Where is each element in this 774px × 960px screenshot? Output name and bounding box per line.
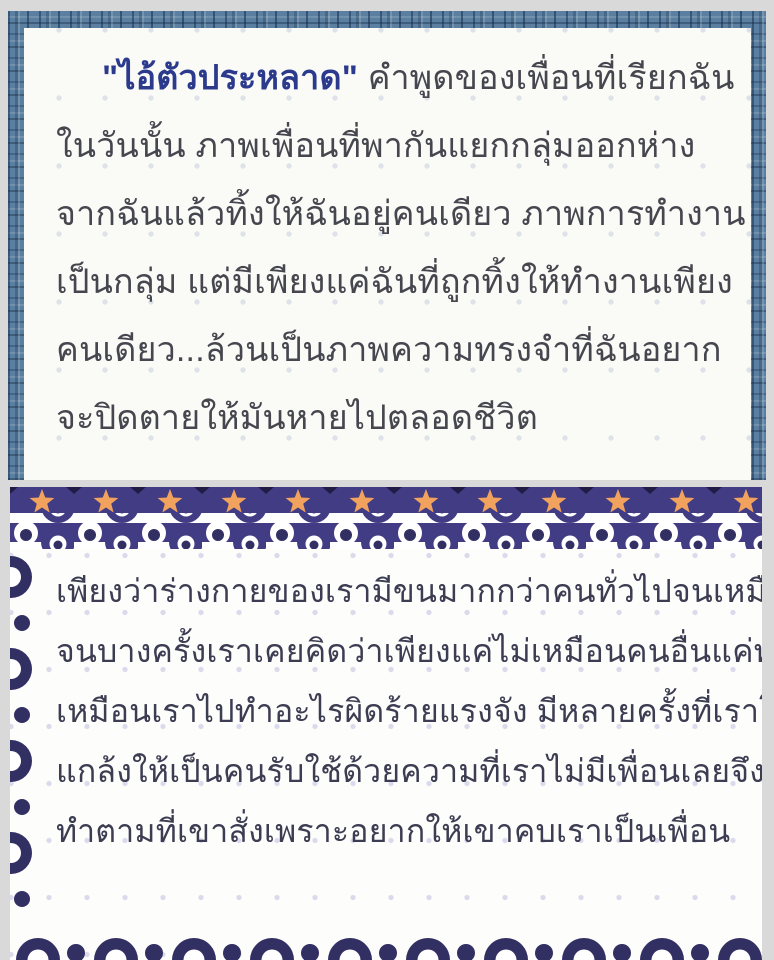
top-quote-image: "ไอ้ตัวประหลาด" คำพูดของเพื่อนที่เรียกฉั… (8, 11, 766, 480)
paragraph-line: จนบางครั้งเราเคยคิดว่าเพียงแค่ไม่เหมือนค… (56, 621, 756, 681)
top-card-paper: "ไอ้ตัวประหลาด" คำพูดของเพื่อนที่เรียกฉั… (24, 28, 751, 480)
stars-band (10, 487, 762, 513)
paragraph-line: เพียงว่าร่างกายของเรามีขนมากกว่าคนทั่วไป… (56, 561, 756, 621)
paragraph-line: จะปิดตายให้มันหายไปตลอดชีวิต (56, 384, 741, 452)
bottom-card-paper: เพียงว่าร่างกายของเรามีขนมากกว่าคนทั่วไป… (56, 561, 756, 861)
paragraph-line: เหมือนเราไปทำอะไรผิดร้ายแรงจัง มีหลายครั… (56, 681, 756, 741)
plaid-border: "ไอ้ตัวประหลาด" คำพูดของเพื่อนที่เรียกฉั… (8, 11, 766, 480)
paragraph-line: ทำตามที่เขาสั่งเพราะอยากให้เขาคบเราเป็นเ… (56, 801, 756, 861)
paragraph-line: แกล้งให้เป็นคนรับใช้ด้วยความที่เราไม่มีเ… (56, 741, 756, 801)
paragraph-line: จากฉันแล้วทิ้งให้ฉันอยู่คนเดียว ภาพการทำ… (56, 180, 741, 248)
paragraph-line: เป็นกลุ่ม แต่มีเพียงแค่ฉันที่ถูกทิ้งให้ท… (56, 248, 741, 316)
paragraph-line: "ไอ้ตัวประหลาด" คำพูดของเพื่อนที่เรียกฉั… (56, 44, 741, 112)
paragraph-line: ในวันนั้น ภาพเพื่อนที่พากันแยกกลุ่มออกห่… (56, 112, 741, 180)
page: "ไอ้ตัวประหลาด" คำพูดของเพื่อนที่เรียกฉั… (0, 0, 774, 960)
bottom-quote-image: เพียงว่าร่างกายของเรามีขนมากกว่าคนทั่วไป… (10, 487, 762, 960)
paragraph-line: คนเดียว...ล้วนเป็นภาพความทรงจำที่ฉันอยาก (56, 316, 741, 384)
lace-scallop-band (10, 513, 762, 549)
ring-chain-left-border (10, 549, 54, 924)
arch-dot-bottom-border (10, 924, 762, 960)
star-lace-top-border (10, 487, 762, 549)
line-text: คำพูดของเพื่อนที่เรียกฉัน (358, 59, 735, 97)
quote-highlight: "ไอ้ตัวประหลาด" (102, 59, 358, 97)
